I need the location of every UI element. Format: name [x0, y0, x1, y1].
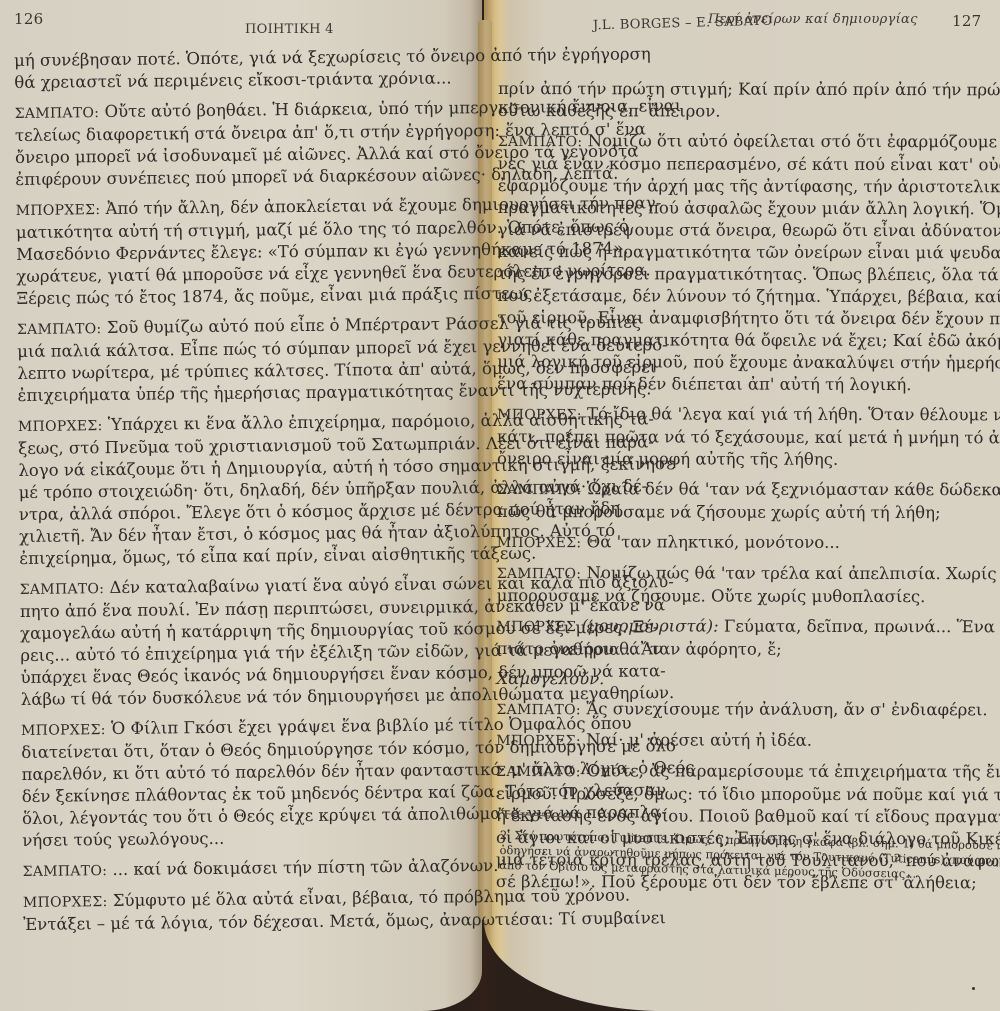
text-line: Θά 'ταν πληκτικό, μονότονο... [587, 532, 840, 552]
speaker-label: ΜΠΟΡΧΕΣ: [21, 722, 106, 739]
speaker-label: ΣΑΜΠΑΤΟ: [498, 134, 583, 150]
speaker-label: ΣΑΜΠΑΤΟ: [17, 321, 102, 338]
text-line: Ναί· μ' ἀρέσει αὐτή ἡ ἰδέα. [586, 730, 812, 750]
page-mark [972, 987, 975, 990]
paragraph: μή συνέβησαν ποτέ. Ὁπότε, γιά νά ξεχωρίσ… [14, 45, 484, 94]
speaker-label: ΣΑΜΠΑΤΟ: [497, 566, 582, 582]
dialogue-paragraph: ΣΑΜΠΑΤΟ: Ὡραῖα δέν θά 'ταν νά ξεχνιόμαστ… [497, 478, 992, 524]
text-line: Τό ἴδιο θά 'λεγα καί γιά τή λήθη. Ὅταν θ… [587, 404, 1000, 424]
dialogue-paragraph: ΣΑΜΠΑΤΟ: Σοῦ θυμίζω αὐτό πού εἶπε ὁ Μπέρ… [17, 313, 488, 407]
right-page-number: 127 [952, 12, 982, 30]
dialogue-paragraph: ΜΠΟΡΧΕΣ (μουρμουριστά): Γεύματα, δεῖπνα,… [496, 615, 991, 661]
text-line: εἱρμοῦ. Πρόσεξε, ὅμως: τό ἴδιο μποροῦμε … [496, 783, 991, 806]
text-line: πραγματικότητες πού ἀσφαλῶς ἔχουν μιάν ἄ… [498, 197, 993, 220]
dialogue-paragraph: ΜΠΟΡΧΕΣ: Ὁ Φίλιπ Γκόσι ἔχει γράψει ἕνα β… [21, 714, 492, 852]
text-line: Ἐντάξει – μέ τά λόγια, τόν δέχεσαι. Μετά… [23, 909, 493, 936]
text-line: Ἄς συνεχίσουμε τήν ἀνάλυση, ἄν σ' ἐνδιαφ… [586, 699, 987, 719]
text-line: πιάτο ὀνείρου θά 'ταν ἀφόρητο, ἔ; [496, 638, 991, 661]
text-line: ὄνειρο εἶναι μία μορφή αὐτῆς τῆς λήθης. [497, 448, 992, 471]
text-line: τῆς ἐν ἐγρηγόρσει πραγματικότητας. Ὅπως … [497, 263, 992, 286]
dialogue-paragraph: ΣΑΜΠΑΤΟ: Νομίζω ὅτι αὐτό ὀφείλεται στό ὅ… [497, 130, 993, 396]
speaker-label: ΜΠΟΡΧΕΣ: [497, 407, 582, 423]
text-line: πώς θά μπορούσαμε νά ζήσουμε χωρίς αὐτή … [497, 501, 992, 524]
text-line: ἐφαρμόζουμε τήν ἀρχή μας τῆς ἀντίφασης, … [498, 175, 993, 198]
dialogue-paragraph: ΜΠΟΡΧΕΣ: Ναί· μ' ἀρέσει αὐτή ἡ ἰδέα. [496, 729, 991, 753]
text-line: οὕτω καθεξῆς ἐπ' ἄπειρον. [498, 100, 993, 123]
text-line: κανείς πώς ἡ πραγματικότητα τῶν ὀνείρων … [498, 241, 993, 264]
speaker-label: ΣΑΜΠΑΤΟ: [497, 482, 582, 498]
text-line: θά χρειαστεῖ νά περιμένεις εἴκοσι-τριάντ… [14, 67, 484, 94]
dialogue-paragraph: ΣΑΜΠΑΤΟ: Νομίζω πώς θά 'ταν τρέλα καί ἀπ… [497, 562, 992, 608]
speaker-label: ΜΠΟΡΧΕΣ: [16, 202, 101, 219]
speaker-label: ΣΑΜΠΑΤΟ: [20, 581, 105, 598]
text-line: ἐπιφέρουν συνέπειες πού μπορεῖ νά διαρκέ… [15, 164, 485, 191]
text-line: μιά λογική τοῦ εἱρμοῦ, πού ἔχουμε ἀνακαλ… [497, 351, 992, 374]
text-line: γιά νά ἐπιστρέψουμε στά ὄνειρα, θεωρῶ ὅτ… [498, 219, 993, 242]
speaker-label: ΜΠΟΡΧΕΣ [497, 619, 577, 635]
left-page-number: 126 [14, 10, 44, 28]
speaker-label: ΣΑΜΠΑΤΟ: [496, 702, 581, 718]
text-line: Ὡραῖα δέν θά 'ταν νά ξεχνιόμασταν κάθε δ… [587, 479, 1000, 499]
dialogue-paragraph: ΜΠΟΡΧΕΣ: Ὑπάρχει κι ἕνα ἄλλο ἐπιχείρημα,… [18, 410, 490, 570]
speaker-label: ΣΑΜΠΑΤΟ: [496, 764, 581, 780]
text-line: Ξέρεις πώς τό ἔτος 1874, ἄς ποῦμε, εἶναι… [16, 283, 486, 310]
text-line: μπορούσαμε νά ζήσουμε. Οὔτε χωρίς μυθοπλ… [497, 585, 992, 608]
text-line: ἐπιχείρημα, ὅμως, τό εἶπα καί πρίν, εἶνα… [19, 543, 489, 570]
text-line: ἐπιχειρήματα ὑπέρ τῆς ἡμερήσιας πραγματι… [18, 380, 488, 407]
left-page-text: μή συνέβησαν ποτέ. Ὁπότε, γιά νά ξεχωρίσ… [14, 45, 493, 944]
stage-direction: Χαμογελοῦν. [496, 668, 991, 691]
text-line: Γεύματα, δεῖπνα, πρωινά... Ἕνα μενού χωρ… [724, 617, 1000, 637]
right-page-text: πρίν ἀπό τήν πρώτη στιγμή; Καί πρίν ἀπό … [496, 78, 993, 902]
text-line: πού ἐξετάσαμε, δέν λύνουν τό ζήτημα. Ὑπά… [497, 285, 992, 308]
speaker-label: ΣΑΜΠΑΤΟ: [15, 105, 100, 122]
right-running-head-title: Περί ὀνείρων καί δημιουργίας [708, 12, 918, 27]
speaker-label: ΜΠΟΡΧΕΣ: [23, 894, 108, 911]
dialogue-paragraph: ΣΑΜΠΑΤΟ: Ἄς συνεχίσουμε τήν ἀνάλυση, ἄν … [496, 698, 991, 722]
speaker-label: ΜΠΟΡΧΕΣ: [496, 733, 581, 749]
text-line: γιατί κάθε πραγματικότητα θά ὄφειλε νά ἔ… [497, 329, 992, 352]
stage-direction-paragraph: Χαμογελοῦν. [496, 668, 991, 691]
dialogue-paragraph: ΜΠΟΡΧΕΣ: Θά 'ταν πληκτικό, μονότονο... [497, 531, 992, 555]
stage-direction: (μουρμουριστά): [581, 616, 718, 635]
dialogue-paragraph: ΜΠΟΡΧΕΣ: Ἀπό τήν ἄλλη, δέν ἀποκλείεται ν… [16, 194, 487, 310]
text-line: Ὁπότε, ἄς παραμερίσουμε τά ἐπιχειρήματα … [586, 761, 1000, 781]
text-line: ... καί νά δοκιμάσει τήν πίστη τῶν ἀλαζό… [112, 856, 498, 879]
text-line: νήσει τούς γεωλόγους... [22, 825, 492, 852]
text-line: πρίν ἀπό τήν πρώτη στιγμή; Καί πρίν ἀπό … [498, 78, 993, 101]
text-line: Νομίζω ὅτι αὐτό ὀφείλεται στό ὅτι ἐφαρμό… [588, 131, 1000, 151]
dialogue-paragraph: ΜΠΟΡΧΕΣ: Τό ἴδιο θά 'λεγα καί γιά τή λήθ… [497, 403, 992, 471]
text-line: λάβω τί θά τόν δυσκόλευε νά τόν δημιουργ… [21, 684, 491, 711]
speaker-label: ΜΠΟΡΧΕΣ: [497, 535, 582, 551]
speaker-label: ΣΑΜΠΑΤΟ: [23, 863, 108, 880]
paragraph: πρίν ἀπό τήν πρώτη στιγμή; Καί πρίν ἀπό … [498, 78, 993, 123]
speaker-label: ΜΠΟΡΧΕΣ: [18, 418, 103, 435]
dialogue-paragraph: ΜΠΟΡΧΕΣ: Σύμφυτο μέ ὅλα αὐτά εἶναι, βέβα… [23, 886, 493, 936]
dialogue-paragraph: ΣΑΜΠΑΤΟ: ... καί νά δοκιμάσει τήν πίστη … [22, 855, 492, 883]
dialogue-paragraph: ΣΑΜΠΑΤΟ: Οὔτε αὐτό βοηθάει. Ἡ διάρκεια, … [15, 97, 486, 191]
text-line: τοῦ εἱρμοῦ. Εἶναι ἀναμφισβήτητο ὅτι τά ὄ… [497, 307, 992, 330]
text-line: κάτι, πρέπει πρῶτα νά τό ξεχάσουμε, καί … [497, 426, 992, 449]
dialogue-paragraph: ΣΑΜΠΑΤΟ: Δέν καταλαβαίνω γιατί ἕνα αὐγό … [20, 573, 491, 711]
left-running-head: ΠΟΙΗΤΙΚΗ 4 [245, 22, 334, 37]
text-line: ἕνα σύμπαν πού δέν διέπεται ἀπ' αὐτή τή … [497, 373, 992, 396]
text-line: Νομίζω πώς θά 'ταν τρέλα καί ἀπελπισία. … [587, 563, 1000, 583]
text-line: νες γιά ἕναν κόσμο πεπερασμένο, σέ κάτι … [498, 153, 993, 176]
